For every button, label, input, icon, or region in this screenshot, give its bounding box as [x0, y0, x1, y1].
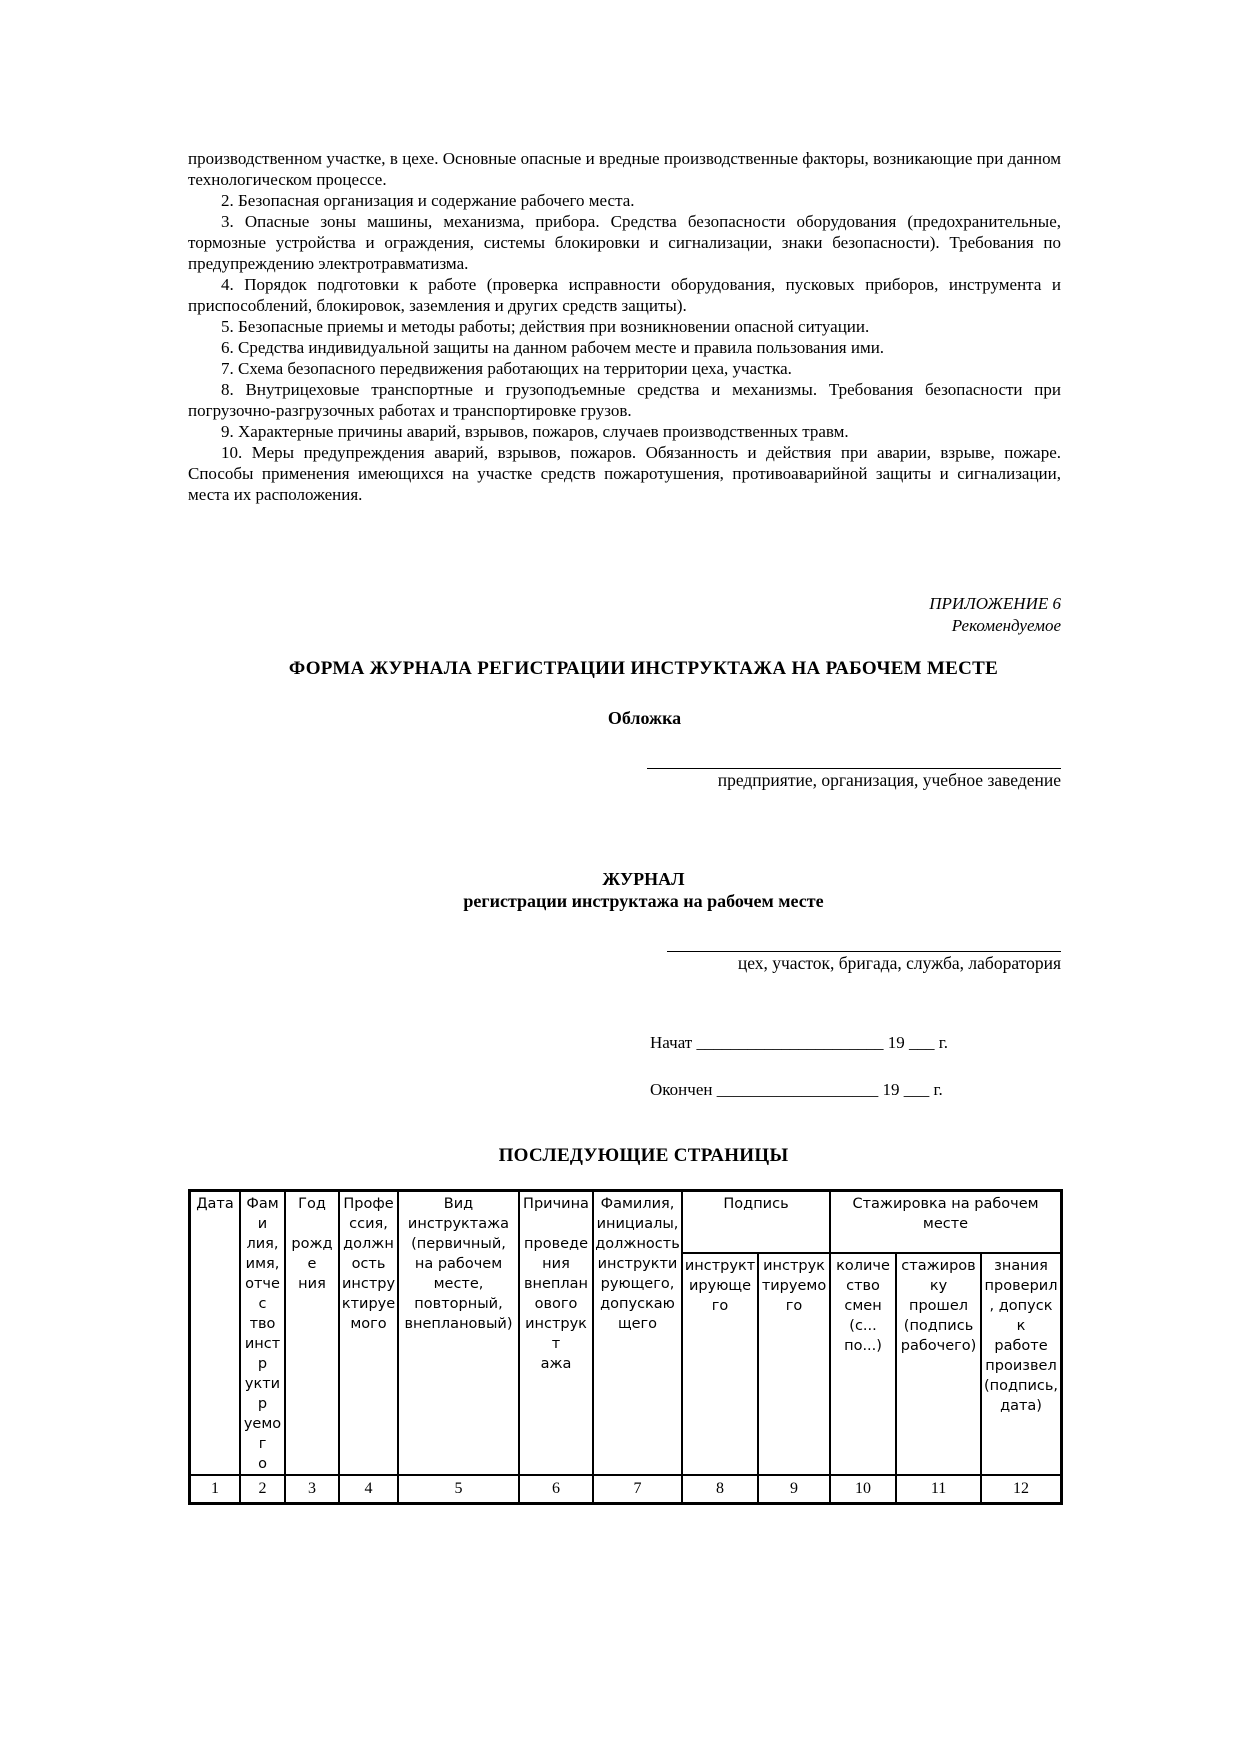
finished-date-line: Окончен ___________________ 19 ___ г.	[650, 1079, 1061, 1101]
paragraph-item-9: 9. Характерные причины аварий, взрывов, …	[188, 421, 1061, 442]
col-number: 11	[896, 1475, 981, 1503]
col-number: 3	[285, 1475, 339, 1503]
document-page: производственном участке, в цехе. Основн…	[0, 0, 1240, 1755]
journal-heading-line2: регистрации инструктажа на рабочем месте	[207, 891, 1080, 913]
journal-heading-line1: ЖУРНАЛ	[207, 869, 1080, 891]
group-header-internship: Стажировка на рабочем месте	[830, 1191, 1061, 1253]
col-number: 8	[682, 1475, 758, 1503]
document-content: производственном участке, в цехе. Основн…	[188, 0, 1061, 1505]
registration-table: Дата Фами лия, имя, отчес тво инстр укти…	[188, 1189, 1063, 1505]
col-number: 1	[190, 1475, 240, 1503]
subheader-internship-shifts: количе ство смен (с... по...)	[830, 1253, 896, 1475]
group-header-signature: Подпись	[682, 1191, 830, 1253]
paragraph-item-4: 4. Порядок подготовки к работе (проверка…	[188, 274, 1061, 316]
unit-caption: цех, участок, бригада, служба, лаборатор…	[188, 952, 1061, 974]
col-number: 10	[830, 1475, 896, 1503]
paragraph-item-8: 8. Внутрицеховые транспортные и грузопод…	[188, 379, 1061, 421]
col-header-full-name: Фами лия, имя, отчес тво инстр уктир уем…	[240, 1191, 285, 1475]
started-date-line: Начат ______________________ 19 ___ г.	[650, 1032, 1061, 1054]
appendix-label: ПРИЛОЖЕНИЕ 6	[188, 593, 1061, 615]
col-header-birth-year: Год рожде ния	[285, 1191, 339, 1475]
table-header-row-1: Дата Фами лия, имя, отчес тво инстр укти…	[190, 1191, 1061, 1253]
subheader-knowledge-check: знания проверил , допуск к работе произв…	[981, 1253, 1061, 1475]
subheader-signature-instructed: инструк тируемо го	[758, 1253, 830, 1475]
col-header-profession: Профе ссия, должн ость инстру ктируе мог…	[339, 1191, 398, 1475]
paragraph-item-7: 7. Схема безопасного передвижения работа…	[188, 358, 1061, 379]
col-number: 6	[519, 1475, 593, 1503]
paragraph-item-10: 10. Меры предупреждения аварий, взрывов,…	[188, 442, 1061, 505]
col-number: 4	[339, 1475, 398, 1503]
paragraph-item-6: 6. Средства индивидуальной защиты на дан…	[188, 337, 1061, 358]
col-header-instruction-type: Вид инструктажа (первичный, на рабочем м…	[398, 1191, 519, 1475]
table-column-numbers-row: 1 2 3 4 5 6 7 8 9 10 11 12	[190, 1475, 1061, 1503]
paragraph-item-2: 2. Безопасная организация и содержание р…	[188, 190, 1061, 211]
organization-caption: предприятие, организация, учебное заведе…	[188, 769, 1061, 791]
journal-heading: ЖУРНАЛ регистрации инструктажа на рабоче…	[207, 869, 1080, 912]
col-number: 7	[593, 1475, 682, 1503]
col-header-date: Дата	[190, 1191, 240, 1475]
col-number: 2	[240, 1475, 285, 1503]
col-header-instructor-name: Фамилия, инициалы, должность инструкти р…	[593, 1191, 682, 1475]
col-header-unscheduled-reason: Причина проведе ния внеплан ового инстру…	[519, 1191, 593, 1475]
paragraph-item-3: 3. Опасные зоны машины, механизма, прибо…	[188, 211, 1061, 274]
cover-heading: Обложка	[208, 707, 1081, 729]
next-pages-heading: ПОСЛЕДУЮЩИЕ СТРАНИЦЫ	[207, 1144, 1080, 1168]
col-number: 9	[758, 1475, 830, 1503]
paragraph-item-5: 5. Безопасные приемы и методы работы; де…	[188, 316, 1061, 337]
subheader-internship-completed: стажиров ку прошел (подпись рабочего)	[896, 1253, 981, 1475]
form-title: ФОРМА ЖУРНАЛА РЕГИСТРАЦИИ ИНСТРУКТАЖА НА…	[207, 657, 1080, 681]
subheader-signature-instructor: инструкт ирующе го	[682, 1253, 758, 1475]
col-number: 5	[398, 1475, 519, 1503]
appendix-subtitle: Рекомендуемое	[188, 615, 1061, 637]
paragraph-continuation: производственном участке, в цехе. Основн…	[188, 148, 1061, 190]
col-number: 12	[981, 1475, 1061, 1503]
